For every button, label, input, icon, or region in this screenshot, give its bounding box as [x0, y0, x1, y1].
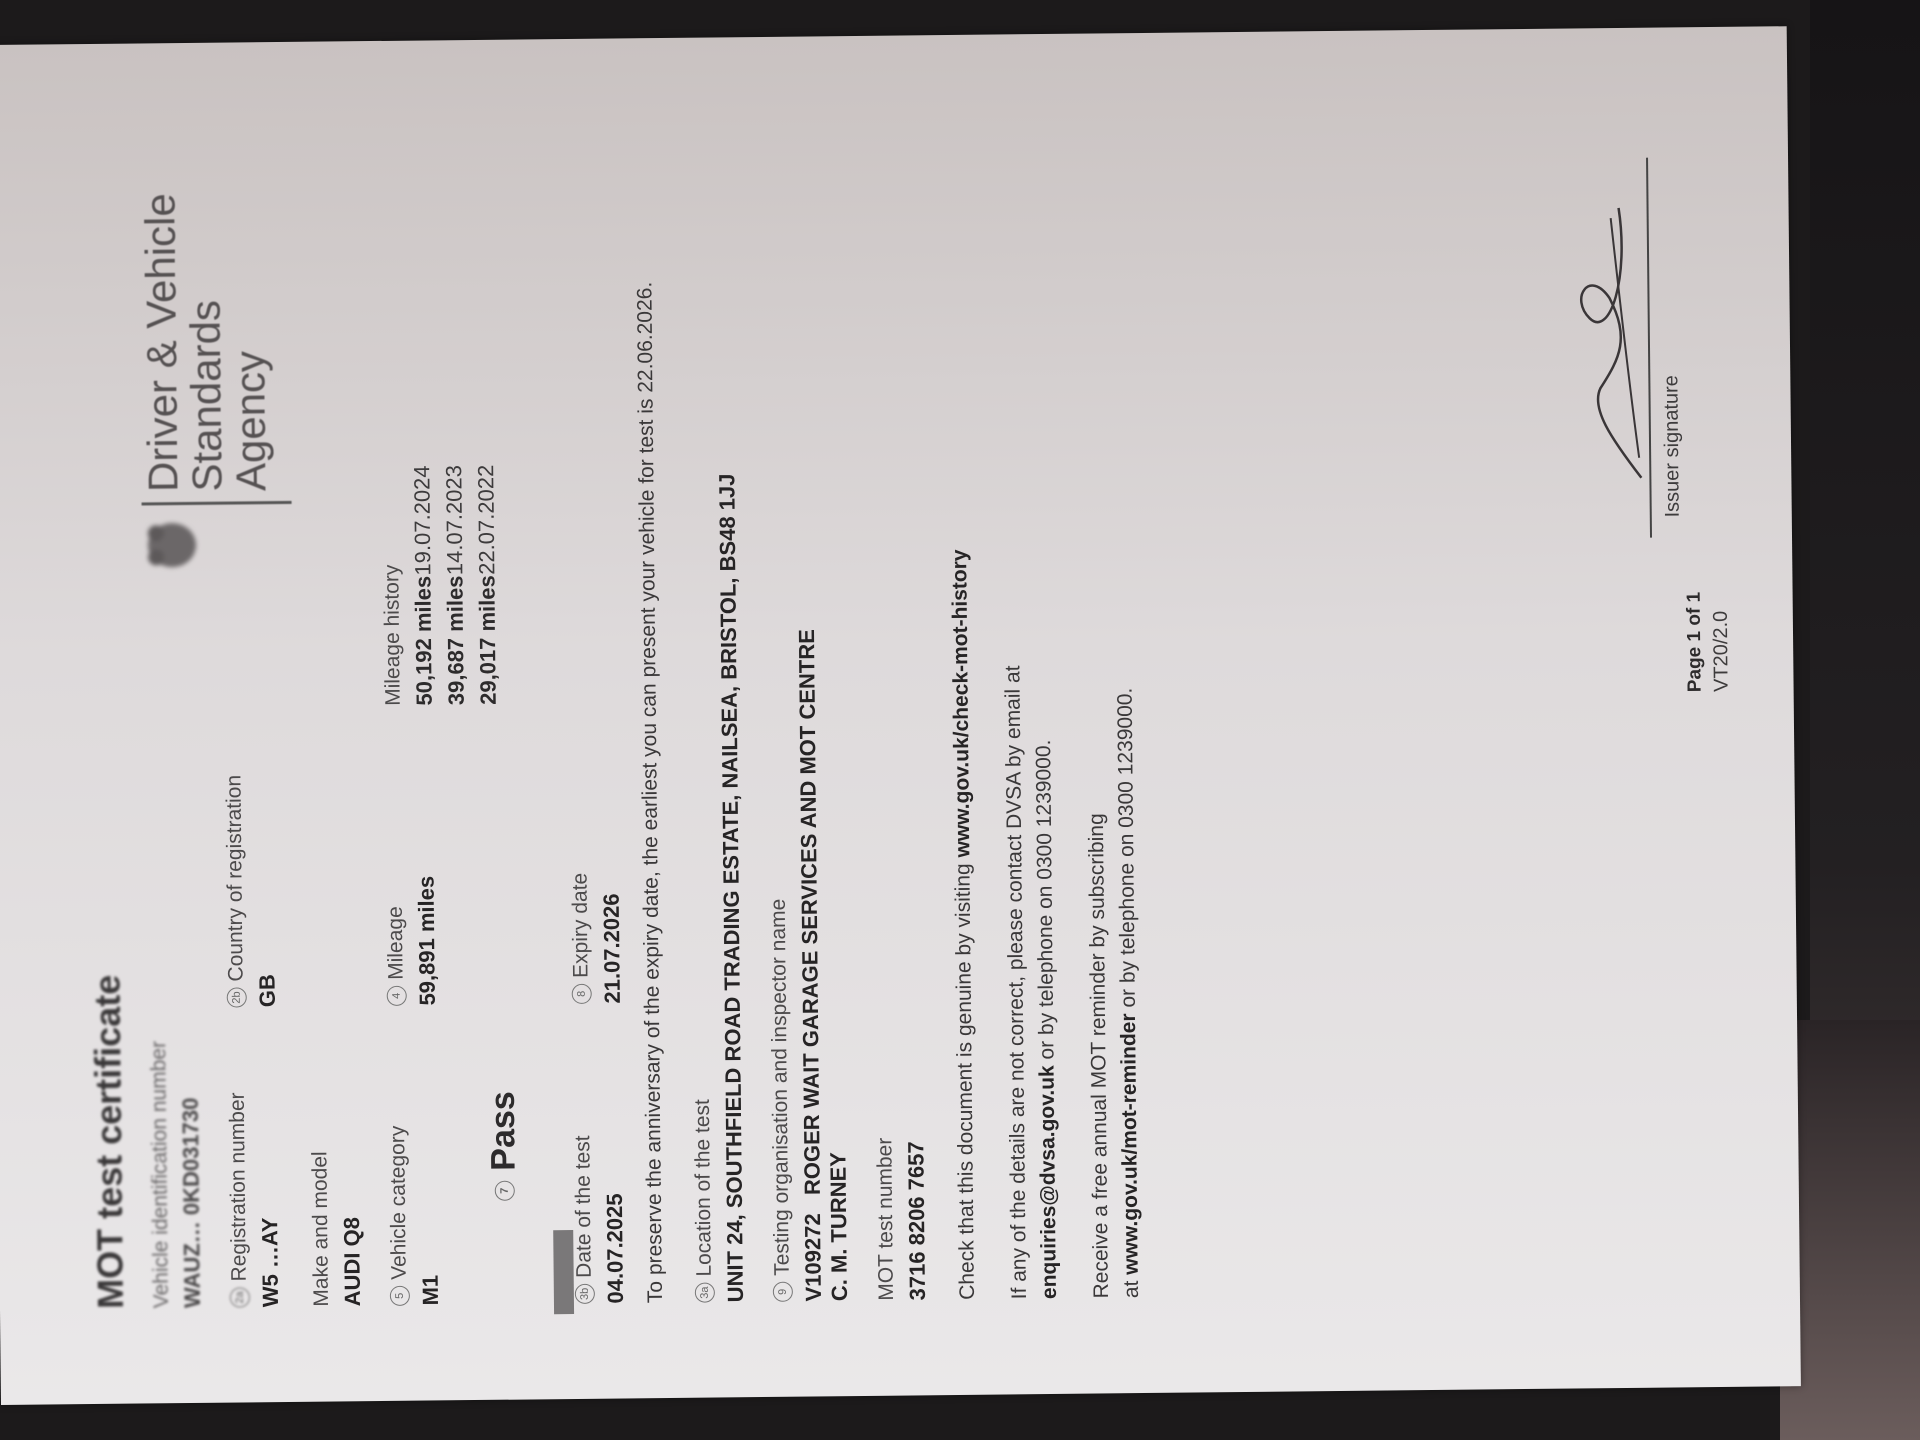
- make-model-value: AUDI Q8: [328, 131, 366, 1306]
- background-floor: [1780, 1020, 1920, 1440]
- test-date-value: 04.07.2025: [600, 1003, 629, 1303]
- mileage-label: Mileage: [384, 906, 409, 980]
- issuer-signature: Issuer signature: [1528, 157, 1732, 579]
- country-label: Country of registration: [222, 775, 248, 982]
- field-number-badge: 8: [572, 984, 592, 1004]
- result-bar: [553, 1230, 574, 1314]
- dates-row: 3b Date of the test 04.07.2025 8 Expiry …: [561, 128, 629, 1304]
- expiry-date-field: 8 Expiry date 21.07.2026: [568, 872, 625, 1004]
- signature-label: Issuer signature: [1660, 375, 1684, 518]
- agency-line-3: Agency: [226, 192, 273, 491]
- registration-field: 2a Registration number W5 …AY: [225, 1007, 284, 1308]
- testing-org-field: 9 Testing organisation and inspector nam…: [759, 126, 853, 1302]
- field-number-badge: 2b: [227, 987, 247, 1007]
- form-version: VT20/2.0: [1710, 591, 1734, 692]
- location-field: 3a Location of the test UNIT 24, SOUTHFI…: [681, 127, 749, 1303]
- test-number-field: MOT test number 3716 8206 7657: [863, 125, 931, 1301]
- reminder-note: Receive a free annual MOT reminder by su…: [1075, 123, 1147, 1299]
- result-value: Pass: [484, 1091, 524, 1171]
- country-value: GB: [252, 774, 280, 1007]
- test-date-field: 3b Date of the test 04.07.2025: [570, 1003, 629, 1304]
- expiry-date-label: Expiry date: [568, 873, 593, 978]
- mot-certificate-page: Driver & Vehicle Standards Agency MOT te…: [0, 26, 1801, 1405]
- field-number-badge: 9: [773, 1282, 793, 1302]
- mileage-history-entry: 39,687 miles 14.07.2023: [441, 465, 470, 705]
- registration-label: Registration number: [226, 1092, 252, 1281]
- genuine-note: Check that this document is genuine by v…: [941, 125, 983, 1300]
- testing-org-label: Testing organisation and inspector name: [767, 899, 795, 1276]
- location-value: UNIT 24, SOUTHFIELD ROAD TRADING ESTATE,…: [711, 127, 749, 1302]
- dvsa-email-link[interactable]: enquiries@dvsa.gov.uk: [1036, 1065, 1061, 1299]
- mileage-history: Mileage history 50,192 miles 19.07.2024 …: [379, 465, 502, 706]
- mileage-value: 59,891 miles: [412, 705, 441, 1005]
- vehicle-category-value: M1: [415, 1005, 444, 1305]
- check-mot-history-link[interactable]: www.gov.uk/check-mot-history: [948, 549, 974, 857]
- page-number: Page 1 of 1: [1684, 592, 1707, 693]
- test-number-value: 3716 8206 7657: [893, 125, 931, 1300]
- mileage-history-entry: 50,192 miles 19.07.2024: [409, 465, 438, 705]
- field-number-badge: 5: [390, 1286, 410, 1306]
- page-footer: Page 1 of 1 VT20/2.0: [1684, 591, 1734, 692]
- test-date-label: Date of the test: [571, 1135, 596, 1278]
- mileage-history-entry: 29,017 miles 22.07.2022: [473, 465, 502, 705]
- field-number-badge: 3a: [695, 1283, 715, 1303]
- certificate-title: MOT test certificate: [78, 134, 132, 1309]
- field-number-badge: 3b: [575, 1284, 595, 1304]
- registration-value: W5 …AY: [255, 1007, 284, 1307]
- mileage-history-label: Mileage history: [379, 466, 406, 706]
- make-model-field: Make and model AUDI Q8: [298, 131, 366, 1307]
- anniversary-note: To preserve the anniversary of the expir…: [630, 243, 671, 1303]
- field-number-badge: 7: [494, 1181, 514, 1201]
- contact-note: If any of the details are not correct, p…: [993, 124, 1065, 1300]
- signature-scribble-icon: [1548, 198, 1661, 499]
- field-number-badge: 2a: [230, 1287, 250, 1307]
- expiry-date-value: 21.07.2026: [598, 872, 625, 1003]
- mot-reminder-link[interactable]: www.gov.uk/mot-reminder: [1117, 1013, 1143, 1275]
- vehicle-category-label: Vehicle category: [386, 1126, 412, 1280]
- country-field: 2b Country of registration GB: [222, 774, 280, 1007]
- mileage-field: 4 Mileage 59,891 miles: [382, 705, 505, 1006]
- location-label: Location of the test: [691, 1099, 717, 1277]
- field-number-badge: 4: [387, 986, 407, 1006]
